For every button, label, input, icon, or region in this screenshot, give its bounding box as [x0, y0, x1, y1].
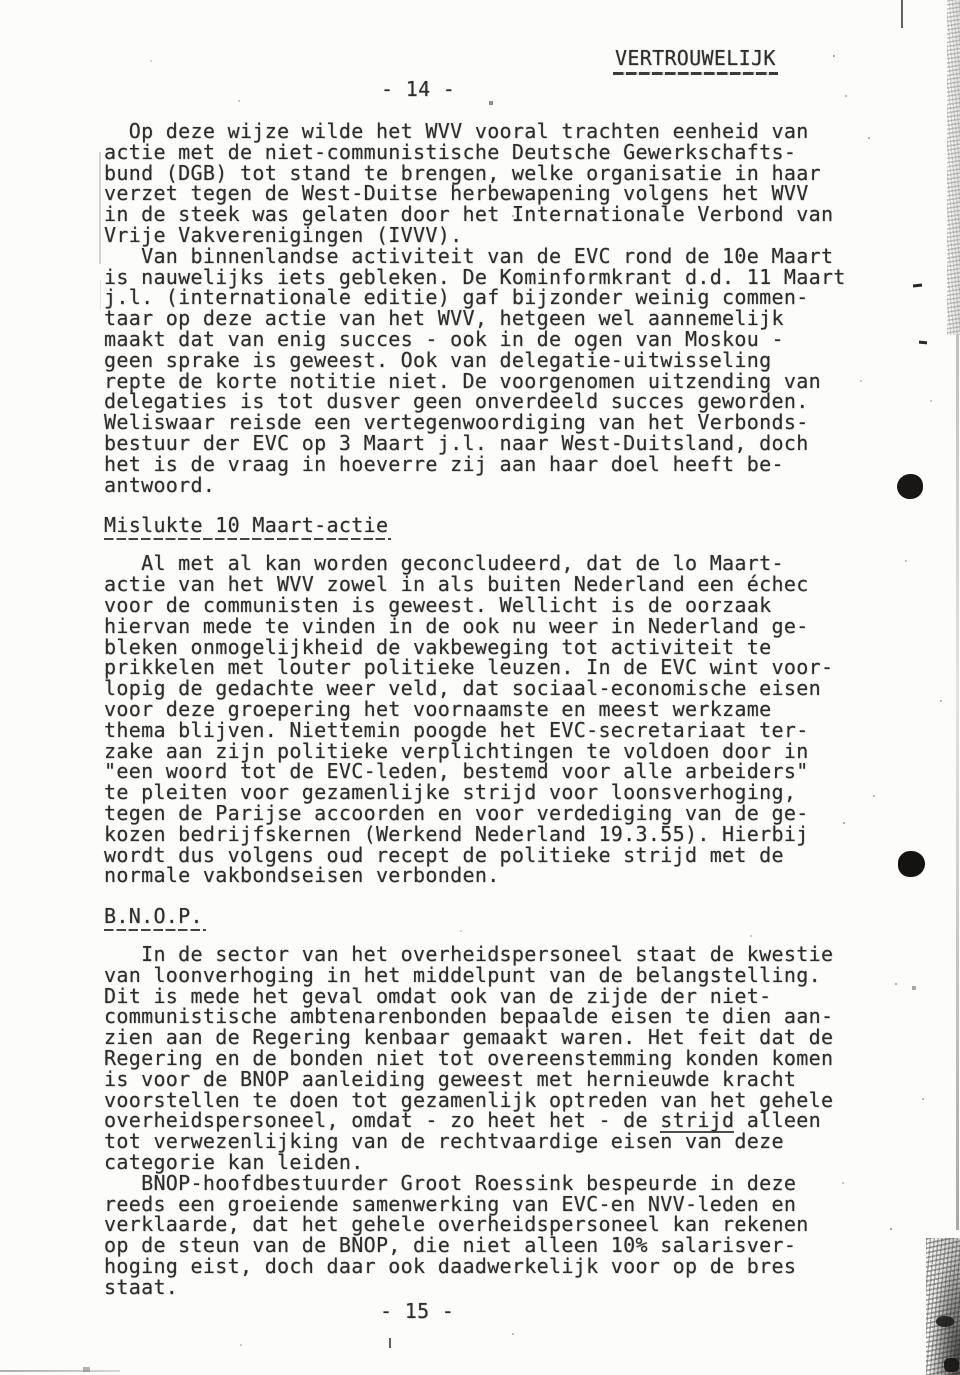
text-line: thema blijven. Niettemin poogde het EVC-…	[104, 720, 894, 741]
text-line: het is de vraag in hoeverre zij aan haar…	[104, 454, 894, 475]
text-line: kozen bedrijfskernen (Werkend Nederland …	[104, 824, 894, 845]
scan-artifact-stray-tick	[389, 1338, 391, 1348]
page-number-top: - 14 -	[381, 77, 455, 101]
text-line: lopig de gedachte weer veld, dat sociaal…	[104, 678, 894, 699]
text-line: "een woord tot de EVC-leden, bestemd voo…	[104, 761, 894, 782]
section-heading-text: Mislukte 10 Maart-actie	[104, 515, 388, 536]
scan-artifact-bottom-left-line	[0, 1370, 120, 1372]
section-heading: B.N.O.P.	[104, 906, 894, 927]
text-line: tot verwezenlijking van de rechtvaardige…	[104, 1131, 894, 1152]
text-line: communistische ambtenarenbonden bepaalde…	[104, 1006, 894, 1027]
text-line: wordt dus volgens oud recept de politiek…	[104, 845, 894, 866]
scan-artifact-corner-blob	[936, 1316, 954, 1327]
scanned-page: VERTROUWELIJK - 14 - Op deze wijze wilde…	[0, 0, 960, 1375]
text-line: zake aan zijn politieke verplichtingen t…	[104, 741, 894, 762]
paragraph: In de sector van het overheidspersoneel …	[104, 944, 894, 1298]
text-line: op de steun van de BNOP, die niet alleen…	[104, 1235, 894, 1256]
text-line: tegen de Parijse accoorden en voor verde…	[104, 803, 894, 824]
text-line: voorstellen te doen tot gezamenlijk optr…	[104, 1090, 894, 1111]
text-line: BNOP-hoofdbestuurder Groot Roessink besp…	[104, 1173, 894, 1194]
text-line: Dit is mede het geval omdat ook van de z…	[104, 986, 894, 1007]
document-body: Op deze wijze wilde het WVV vooral trach…	[104, 121, 894, 1298]
text-line: Van binnenlandse activiteit van de EVC r…	[104, 246, 894, 267]
text-line: voor deze groepering het voornaamste en …	[104, 699, 894, 720]
text-line: prikkelen met louter politieke leuzen. I…	[104, 657, 894, 678]
scan-artifact-left-margin-line	[100, 280, 101, 310]
scan-artifact-corner-smudge	[926, 1238, 960, 1375]
text-line: Al met al kan worden geconcludeerd, dat …	[104, 553, 894, 574]
scan-artifact-right-edge-line	[956, 335, 959, 1230]
classification-text: VERTROUWELIJK	[615, 46, 776, 72]
page-number-bottom: - 15 -	[380, 1299, 454, 1323]
text-line: bund (DGB) tot stand te brengen, welke o…	[104, 163, 894, 184]
text-line: staat.	[104, 1277, 894, 1298]
scan-artifact-top-line	[901, 0, 903, 28]
text-line: in de steek was gelaten door het Interna…	[104, 204, 894, 225]
text-line: reeds een groeiende samenwerking van EVC…	[104, 1194, 894, 1215]
text-line: is nauwelijks iets gebleken. De Kominfor…	[104, 267, 894, 288]
scan-artifact-margin-dash	[919, 341, 927, 345]
text-line: Regering en de bonden niet tot overeenst…	[104, 1048, 894, 1069]
ink-dot-marker-1	[897, 474, 923, 499]
text-line: van loonverhoging in het middelpunt van …	[104, 965, 894, 986]
text-line: overheidspersoneel, omdat - zo heet het …	[104, 1110, 894, 1131]
text-line: bestuur der EVC op 3 Maart j.l. naar Wes…	[104, 433, 894, 454]
text-line: te pleiten voor gezamenlijke strijd voor…	[104, 782, 894, 803]
text-line: repte de korte notitie niet. De voorgeno…	[104, 371, 894, 392]
text-line: voor de communisten is geweest. Wellicht…	[104, 595, 894, 616]
text-line: j.l. (internationale editie) gaf bijzond…	[104, 287, 894, 308]
text-line: taar op deze actie van het WVV, hetgeen …	[104, 308, 894, 329]
text-line: hiervan mede te vinden in de ook nu weer…	[104, 616, 894, 637]
classification-banner: VERTROUWELIJK	[615, 46, 776, 72]
text-line: antwoord.	[104, 475, 894, 496]
text-line: verklaarde, dat het gehele overheidspers…	[104, 1214, 894, 1235]
text-line: delegaties is tot dusver geen onverdeeld…	[104, 391, 894, 412]
text-line: maakt dat van enig succes - ook in de og…	[104, 329, 894, 350]
scan-artifact-bottom-left-tick	[83, 1367, 90, 1372]
text-line: hoging eist, doch daar ook daadwerkelijk…	[104, 1256, 894, 1277]
text-line: verzet tegen de West-Duitse herbewapenin…	[104, 183, 894, 204]
scan-artifact-left-margin-line	[99, 152, 101, 264]
scan-artifact-specks	[0, 0, 2, 2]
text-line: normale vakbondseisen verbonden.	[104, 865, 894, 886]
section-heading-text: B.N.O.P.	[104, 906, 203, 927]
text-line: geen sprake is geweest. Ook van delegati…	[104, 350, 894, 371]
text-line: is voor de BNOP aanleiding geweest met h…	[104, 1069, 894, 1090]
text-line: In de sector van het overheidspersoneel …	[104, 944, 894, 965]
text-line: categorie kan leiden.	[104, 1152, 894, 1173]
text-line: Weliswaar reisde een vertegenwoordiging …	[104, 412, 894, 433]
scan-artifact-corner-blob	[944, 1358, 959, 1372]
section-heading: Mislukte 10 Maart-actie	[104, 515, 894, 536]
paragraph: Al met al kan worden geconcludeerd, dat …	[104, 553, 894, 886]
text-line: actie met de niet-communistische Deutsch…	[104, 142, 894, 163]
text-line: bleken onmogelijkheid de vakbeweging tot…	[104, 637, 894, 658]
paragraph: Op deze wijze wilde het WVV vooral trach…	[104, 121, 894, 495]
text-line: zien aan de Regering kenbaar gemaakt war…	[104, 1027, 894, 1048]
ink-dot-marker-2	[898, 851, 925, 877]
text-line: actie van het WVV zowel in als buiten Ne…	[104, 574, 894, 595]
text-line: Op deze wijze wilde het WVV vooral trach…	[104, 121, 894, 142]
text-line: Vrije Vakverenigingen (IVVV).	[104, 225, 894, 246]
underlined-word: strijd	[660, 1110, 734, 1131]
scan-artifact-margin-dash	[913, 284, 922, 288]
scan-artifact-right-noise	[947, 0, 960, 335]
